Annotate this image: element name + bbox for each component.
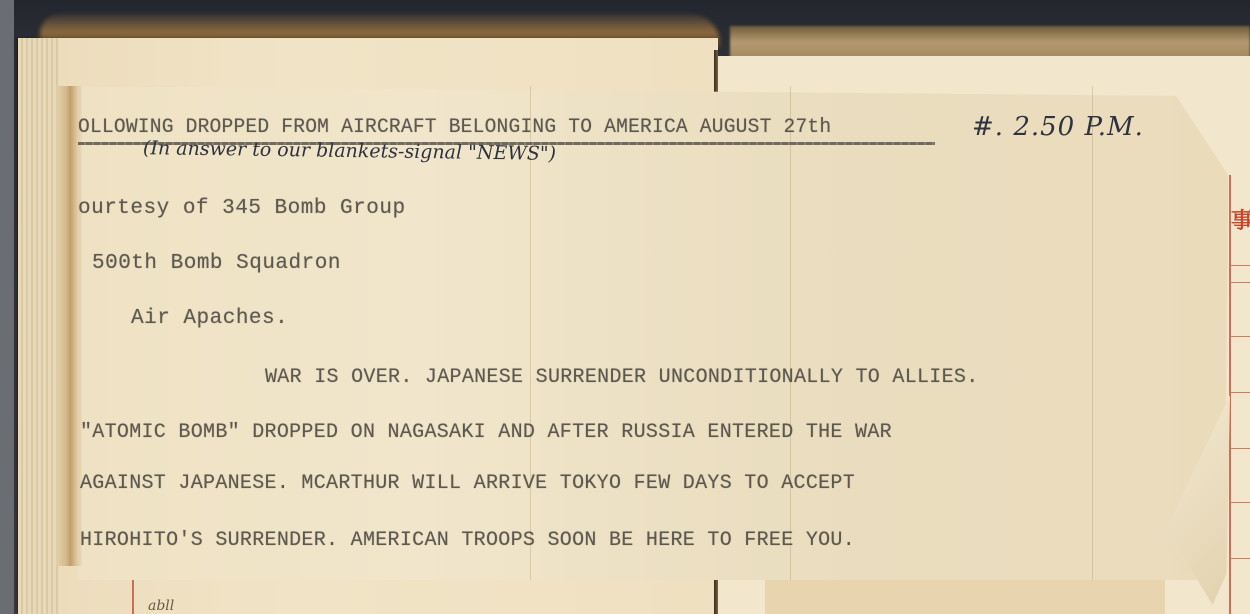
- attribution-line-group: ourtesy of 345 Bomb Group: [78, 197, 406, 220]
- ruled-line: [1230, 282, 1250, 283]
- ruled-line: [1230, 336, 1250, 337]
- ruled-line: [1230, 448, 1250, 449]
- background-left-strip: [0, 0, 14, 614]
- bottom-handwriting: abll: [148, 598, 174, 614]
- handwritten-time: #. 2.50 P.M.: [972, 112, 1144, 142]
- ruled-line: [1230, 392, 1250, 393]
- page-stack-edge: [18, 38, 58, 614]
- message-line: HIROHITO'S SURRENDER. AMERICAN TROOPS SO…: [80, 529, 855, 552]
- ruled-line: [1230, 265, 1250, 266]
- paper-fold-line: [1092, 86, 1093, 580]
- ruled-line: [1230, 558, 1250, 559]
- headline: OLLOWING DROPPED FROM AIRCRAFT BELONGING…: [78, 116, 831, 139]
- message-line: AGAINST JAPANESE. MCARTHUR WILL ARRIVE T…: [80, 472, 855, 495]
- paper-fold-line: [790, 86, 791, 580]
- red-kanji-glyph: 事: [1231, 210, 1250, 232]
- message-line: "ATOMIC BOMB" DROPPED ON NAGASAKI AND AF…: [80, 421, 892, 444]
- ruled-line: [1230, 502, 1250, 503]
- attribution-line-nickname: Air Apaches.: [131, 307, 288, 330]
- glue-stain: [56, 86, 82, 566]
- attribution-line-squadron: 500th Bomb Squadron: [92, 252, 341, 275]
- message-line: WAR IS OVER. JAPANESE SURRENDER UNCONDIT…: [265, 366, 979, 389]
- red-margin-line: [1229, 175, 1231, 614]
- burnt-page-edge-right: [730, 26, 1250, 58]
- underlying-paper-slip: [765, 578, 1165, 614]
